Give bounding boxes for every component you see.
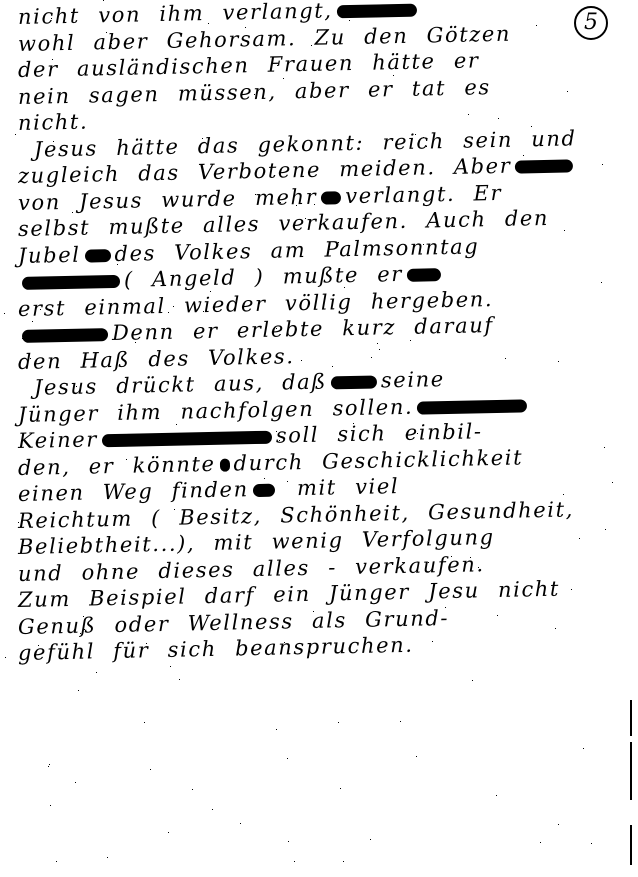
speck [461, 428, 462, 429]
speck [170, 666, 171, 667]
speck [276, 328, 277, 329]
speck [146, 643, 147, 644]
speck [369, 383, 370, 384]
speck [135, 342, 136, 343]
speck [428, 562, 429, 563]
speck [51, 18, 52, 19]
speck [76, 386, 77, 387]
speck [254, 94, 255, 95]
handwritten-text: den Haß des Volkes. [18, 344, 295, 374]
scan-edge-line [630, 825, 632, 865]
speck [414, 66, 415, 67]
speck [49, 764, 50, 765]
speck [22, 338, 23, 339]
speck [338, 242, 339, 243]
speck [280, 202, 281, 203]
handwritten-text: Jesus drückt aus, daß [34, 370, 327, 400]
speck [558, 361, 559, 362]
scribbled-out-word [84, 249, 110, 263]
speck [103, 0, 104, 1]
speck [604, 447, 605, 448]
speck [107, 857, 108, 858]
speck [555, 628, 556, 629]
speck [192, 789, 193, 790]
scribbled-out-word [321, 191, 341, 204]
speck [150, 769, 151, 770]
speck [210, 291, 211, 292]
speck [240, 823, 241, 824]
speck [371, 357, 372, 358]
scan-edge-line [630, 742, 632, 800]
speck [583, 748, 584, 749]
speck [72, 212, 73, 213]
speck [343, 861, 344, 862]
speck [340, 788, 341, 789]
speck [445, 607, 446, 608]
speck [208, 23, 209, 24]
speck [84, 629, 85, 630]
speck [417, 433, 418, 434]
handwritten-text: seine [381, 367, 445, 392]
scribbled-out-word [407, 268, 441, 282]
speck [370, 408, 371, 409]
speck [4, 313, 5, 314]
speck [311, 45, 312, 46]
handwritten-text: den, er könnte [18, 451, 216, 479]
scribbled-out-word [102, 431, 272, 448]
speck [308, 487, 309, 488]
handwritten-text: nicht. [18, 110, 89, 135]
speck [106, 32, 107, 33]
scribbled-out-word [22, 275, 120, 290]
speck [212, 809, 213, 810]
speck [173, 306, 174, 307]
handwritten-text: ( Angeld ) mußte er [124, 262, 403, 292]
speck [478, 567, 479, 568]
scribbled-out-word [331, 375, 377, 389]
speck [245, 27, 246, 28]
speck [253, 443, 254, 444]
speck [75, 782, 76, 783]
speck [276, 729, 277, 730]
speck [410, 340, 411, 341]
speck [144, 546, 145, 547]
speck [602, 164, 603, 165]
speck [472, 680, 473, 681]
speck [264, 478, 265, 479]
speck [221, 304, 222, 305]
speck [40, 309, 41, 310]
speck [30, 358, 31, 359]
speck [18, 522, 19, 523]
speck [288, 841, 289, 842]
scribbled-out-word [253, 484, 275, 497]
speck [5, 657, 6, 658]
speck [80, 633, 81, 634]
speck [144, 722, 145, 723]
speck [344, 287, 345, 288]
speck [32, 321, 33, 322]
speck [416, 756, 417, 757]
speck [296, 205, 297, 206]
speck [468, 114, 469, 115]
speck [305, 218, 306, 219]
speck [15, 134, 16, 135]
speck [571, 589, 572, 590]
speck [283, 78, 284, 79]
speck [505, 358, 506, 359]
speck [111, 43, 112, 44]
speck [166, 205, 167, 206]
speck [432, 641, 433, 642]
speck [284, 642, 285, 643]
speck [415, 134, 416, 135]
speck [115, 572, 116, 573]
speck [255, 194, 256, 195]
speck [198, 18, 199, 19]
speck [287, 758, 288, 759]
speck [217, 201, 218, 202]
speck [287, 481, 288, 482]
speck [179, 679, 180, 680]
speck [56, 861, 57, 862]
handwritten-text: einen Weg finden [18, 477, 249, 506]
speck [168, 832, 169, 833]
speck [605, 529, 606, 530]
speck [117, 264, 118, 265]
speck [497, 615, 498, 616]
speck [126, 459, 127, 460]
speck [563, 494, 564, 495]
speck [353, 423, 354, 424]
speck [276, 431, 277, 432]
speck [48, 766, 49, 767]
speck [279, 440, 280, 441]
speck [523, 155, 524, 156]
speck [540, 842, 541, 843]
speck [377, 343, 378, 344]
speck [591, 843, 592, 844]
speck [52, 59, 53, 60]
speck [294, 861, 295, 862]
speck [470, 557, 471, 558]
speck [168, 312, 169, 313]
speck [85, 194, 86, 195]
handwritten-text: verlangt. Er [345, 180, 502, 207]
speck [601, 282, 602, 283]
speck [313, 611, 314, 612]
handwritten-text: soll sich einbil- [276, 419, 483, 447]
scan-edge-line [630, 700, 632, 736]
speck [216, 362, 217, 363]
speck [612, 482, 613, 483]
speck [426, 146, 427, 147]
speck [379, 349, 380, 350]
speck [78, 690, 79, 691]
speck [202, 138, 203, 139]
speck [277, 65, 278, 66]
speck [498, 118, 499, 119]
speck [283, 382, 284, 383]
speck [332, 366, 333, 367]
speck [567, 91, 568, 92]
speck [174, 509, 175, 510]
speck [564, 230, 565, 231]
speck [53, 141, 54, 142]
speck [203, 311, 204, 312]
speck [558, 824, 559, 825]
speck [393, 75, 394, 76]
speck [38, 645, 39, 646]
speck [423, 244, 424, 245]
scribbled-out-word [219, 458, 229, 471]
speck [176, 424, 177, 425]
speck [579, 538, 580, 539]
speck [50, 805, 51, 806]
scanned-handwritten-page: 5 nicht von ihm verlangt,wohl aber Gehor… [0, 0, 638, 877]
scribbled-out-word [22, 328, 108, 343]
handwritten-text: Jubel [18, 242, 81, 267]
speck [400, 721, 401, 722]
scribbled-out-word [515, 159, 573, 173]
speck [370, 839, 371, 840]
speck [145, 257, 146, 258]
scribbled-out-word [417, 399, 527, 414]
speck [536, 25, 537, 26]
speck [496, 795, 497, 796]
speck [338, 722, 339, 723]
speck [301, 360, 302, 361]
speck [423, 137, 424, 138]
handwritten-text: mit viel [278, 474, 399, 501]
speck [531, 126, 532, 127]
speck [83, 616, 84, 617]
handwritten-text-body: nicht von ihm verlangt,wohl aber Gehorsa… [18, 4, 618, 667]
speck [314, 204, 315, 205]
speck [316, 386, 317, 387]
speck [349, 20, 350, 21]
speck [96, 672, 97, 673]
speck [54, 183, 55, 184]
handwritten-text: Keiner [18, 427, 98, 453]
speck [451, 556, 452, 557]
scribbled-out-word [336, 4, 416, 19]
